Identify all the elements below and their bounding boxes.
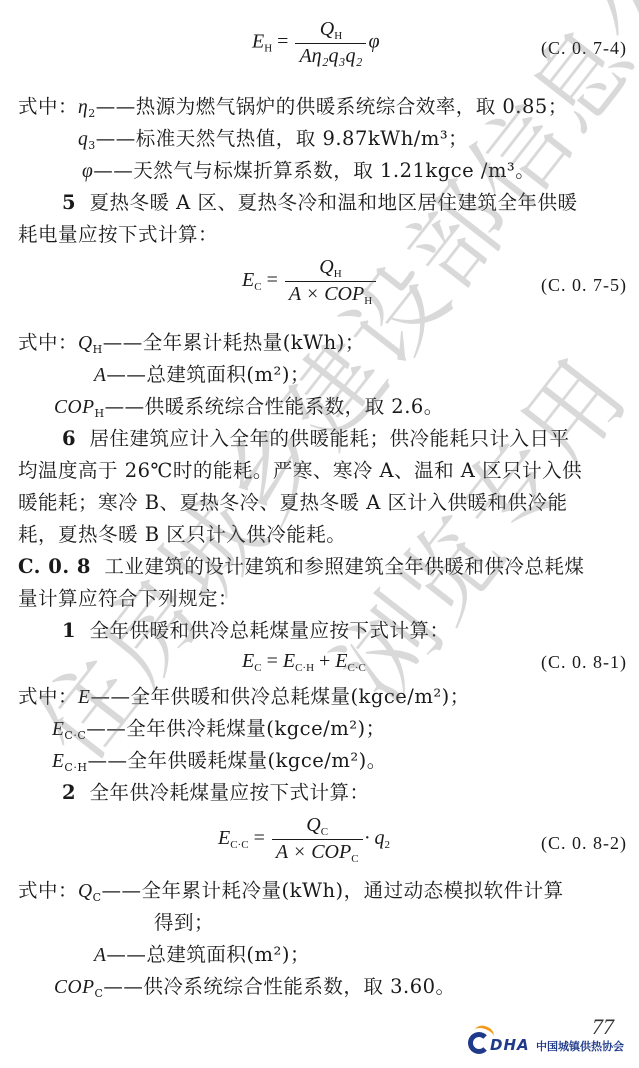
definition-row: q3——标准天然气热值，取 9.87kWh/m³；: [78, 126, 468, 159]
formula-c081: EC = EC·H + EC·C: [242, 650, 366, 674]
logo-c-icon: [468, 1032, 490, 1054]
equation-number: (C. 0. 8-2): [541, 833, 627, 854]
formula-subscript: H: [264, 43, 272, 55]
definition-row: A——总建筑面积(m²)；: [94, 942, 310, 969]
item-6-line-1: 6 居住建筑应计入全年的供暖能耗；供冷能耗只计入日平: [62, 426, 570, 452]
definition-row: 式中：η2——热源为燃气锅炉的供暖系统综合效率，取 0.85；: [18, 94, 568, 127]
item-6-line-2: 均温度高于 26℃时的能耗。严寒、寒冷 A、温和 A 区只计入供: [18, 458, 582, 484]
item-5-line-2: 耗电量应按下式计算：: [18, 222, 218, 248]
item-1: 1 全年供暖和供冷总耗煤量应按下式计算：: [62, 618, 450, 644]
definition-row: A——总建筑面积(m²)；: [94, 362, 310, 389]
equation-number: (C. 0. 7-5): [541, 275, 627, 296]
document-page: EH = QH Aη₂q₃q₂ φ (C. 0. 7-4) 式中：η2——热源为…: [0, 0, 639, 1068]
definition-row: COPC——供冷系统综合性能系数，取 3.60。: [54, 974, 456, 1007]
definition-row: EC·H——全年供暖耗煤量(kgce/m²)。: [52, 748, 387, 781]
clause-c08-line-2: 量计算应符合下列规定：: [18, 586, 238, 612]
publisher-logo: DHA 中国城镇供热协会: [464, 1024, 634, 1058]
item-5-line-1: 5 夏热冬暖 A 区、夏热冬冷和温和地区居住建筑全年供暖: [62, 190, 577, 216]
logo-abbr: DHA: [490, 1036, 530, 1054]
item-6-line-3: 暖能耗；寒冷 B、夏热冬冷、夏热冬暖 A 区计入供暖和供冷能: [18, 490, 568, 516]
definition-row: COPH——供暖系统综合性能系数，取 2.6。: [54, 394, 444, 427]
fraction: QH Aη₂q₃q₂: [295, 18, 366, 68]
formula-c082: EC·C = QC A × COPC · q2: [218, 814, 390, 865]
formula-c075: EC = QH A × COPH: [242, 256, 378, 307]
item-6-line-4: 耗，夏热冬暖 B 区只计入供冷能耗。: [18, 522, 346, 548]
definition-continuation: 得到；: [154, 910, 214, 936]
definition-row: 式中：E——全年供暖和供冷总耗煤量(kgce/m²)；: [18, 684, 470, 711]
definition-row: EC·C——全年供冷耗煤量(kgce/m²)；: [52, 716, 386, 749]
definition-row: 式中：QC——全年累计耗冷量(kWh)，通过动态模拟软件计算: [18, 878, 564, 911]
fraction: QC A × COPC: [272, 814, 363, 865]
formula-symbol: E: [252, 31, 264, 53]
clause-c08-line-1: C. 0. 8 工业建筑的设计建筑和参照建筑全年供暖和供冷总耗煤: [18, 554, 584, 580]
definition-row: φ——天然气与标煤折算系数，取 1.21kgce /m³。: [82, 158, 535, 185]
logo-name: 中国城镇供热协会: [536, 1038, 624, 1054]
item-2: 2 全年供冷耗煤量应按下式计算：: [62, 780, 370, 806]
definition-row: 式中：QH——全年累计耗热量(kWh)；: [18, 330, 365, 363]
equation-number: (C. 0. 7-4): [541, 38, 627, 59]
equation-number: (C. 0. 8-1): [541, 652, 627, 673]
formula-c074: EH = QH Aη₂q₃q₂ φ: [252, 18, 380, 68]
fraction: QH A × COPH: [285, 256, 376, 307]
